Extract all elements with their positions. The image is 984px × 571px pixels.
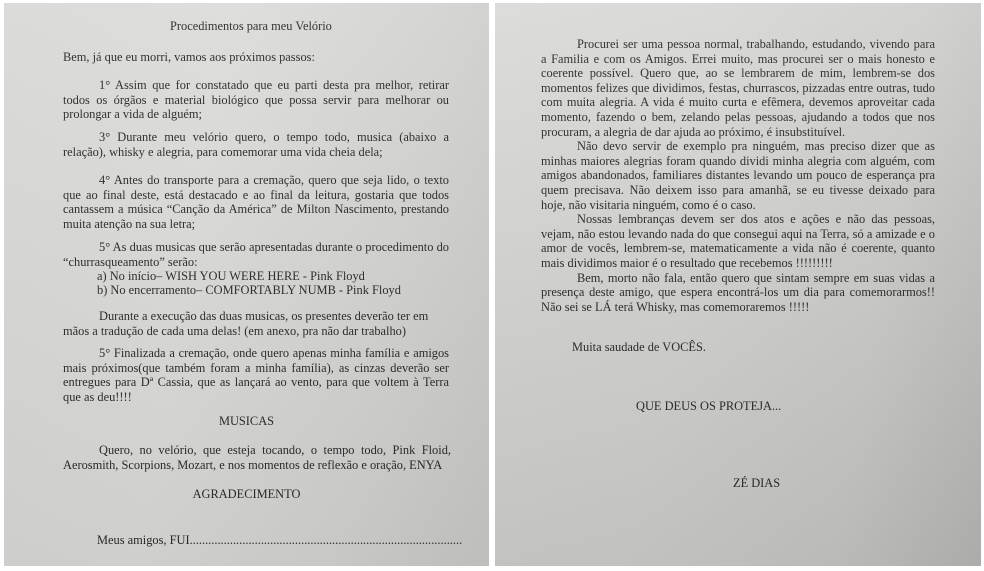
translation-note: Durante a execução das duas musicas, os …: [63, 309, 449, 338]
agradecimento-heading: AGRADECIMENTO: [4, 487, 489, 502]
letter-paragraph: Procurei ser uma pessoa normal, trabalha…: [541, 37, 935, 139]
song-closing: b) No encerramento– COMFORTABLY NUMB - P…: [97, 283, 401, 298]
letter-paragraph: Não devo servir de exemplo pra ninguém, …: [541, 139, 935, 212]
farewell-line: Muita saudade de VOCÊS.: [572, 340, 706, 355]
item-3: 3° Durante meu velório quero, o tempo to…: [63, 130, 449, 159]
right-document-page: Procurei ser uma pessoa normal, trabalha…: [495, 3, 981, 566]
item-5-cremation: 5° Finalizada a cremação, onde quero ape…: [63, 346, 449, 404]
left-document-page: Procedimentos para meu Velório Bem, já q…: [4, 3, 489, 566]
letter-paragraph: Bem, morto não fala, então quero que sin…: [541, 271, 935, 315]
musicas-text: Quero, no velório, que esteja tocando, o…: [63, 443, 451, 472]
letter-paragraph: Nossas lembranças devem ser dos atos e a…: [541, 212, 935, 270]
song-opening: a) No início– WISH YOU WERE HERE - Pink …: [97, 269, 365, 284]
signature: ZÉ DIAS: [733, 476, 780, 491]
musicas-heading: MUSICAS: [4, 414, 489, 429]
item-1: 1° Assim que for constatado que eu parti…: [63, 78, 449, 122]
closing-line: Meus amigos, FUI........................…: [97, 533, 462, 548]
letter-body: Procurei ser uma pessoa normal, trabalha…: [541, 37, 935, 314]
item-5-songs-intro: 5° As duas musicas que serão apresentada…: [63, 240, 449, 269]
blessing-line: QUE DEUS OS PROTEJA...: [636, 399, 781, 414]
item-4: 4° Antes do transporte para a cremação, …: [63, 173, 449, 231]
intro-line: Bem, já que eu morri, vamos aos próximos…: [63, 50, 315, 65]
document-title: Procedimentos para meu Velório: [170, 19, 332, 34]
